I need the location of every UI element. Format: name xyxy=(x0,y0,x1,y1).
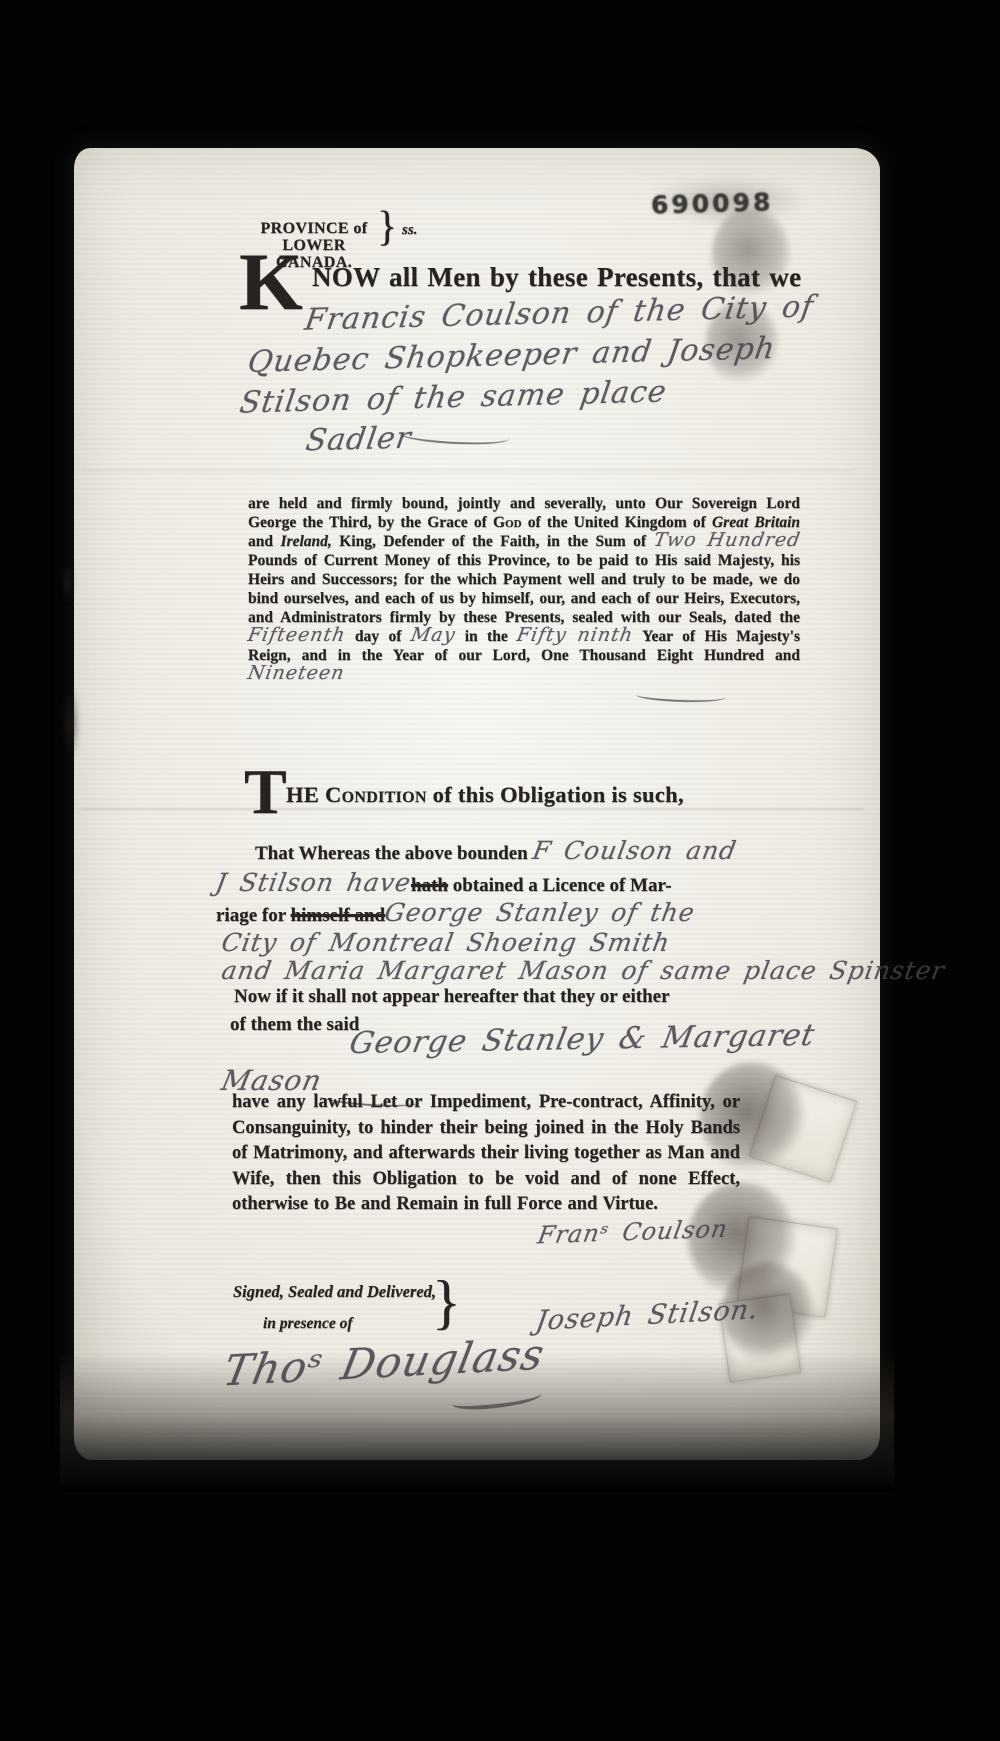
province-line-1: PROVINCE of xyxy=(247,220,381,237)
bond-text: Pounds of Current Money of this Province… xyxy=(248,552,800,626)
condition-head-text: HE xyxy=(286,782,325,807)
condition-head-smallcaps: Condition xyxy=(325,782,427,807)
condition-line-5: and Maria Margaret Mason of same place S… xyxy=(216,956,822,985)
obligation-paragraph: have any lawful Let or Impediment, Pre-c… xyxy=(232,1090,740,1218)
condition-hand-obligors-2: J Stilson have xyxy=(213,868,413,897)
paper-edge-tear xyxy=(62,560,74,604)
ss-brace-icon: } xyxy=(377,206,397,248)
struck-words-himself-and: himself and xyxy=(291,905,386,926)
condition-line-4: City of Montreal Shoeing Smith xyxy=(216,928,822,957)
condition-print: obtained a Licence of Mar- xyxy=(448,875,672,896)
fill-year: Nineteen xyxy=(247,668,345,678)
ss-label: ss. xyxy=(402,222,417,239)
struck-word-hath: hath xyxy=(411,875,448,896)
party-line-4: Sadler xyxy=(303,421,414,459)
condition-dropcap: T xyxy=(244,766,287,817)
condition-line-1: That Whereas the above bounden F Coulson… xyxy=(216,836,855,865)
microfilm-scan: PROVINCE of LOWER CANADA. } ss. 690098 K… xyxy=(0,0,1000,1741)
condition-print: of them the said xyxy=(230,1014,359,1035)
know-dropcap: K xyxy=(239,250,303,314)
paper-crease xyxy=(80,808,864,810)
signed-sealed-label: Signed, Sealed and Delivered, xyxy=(233,1282,436,1302)
bond-ireland: Ireland, xyxy=(281,533,332,550)
fill-reign-year: Fifty ninth xyxy=(516,630,634,640)
condition-print: riage for xyxy=(216,905,291,926)
fill-sum: Two Hundred xyxy=(653,535,801,545)
bond-text: day of xyxy=(346,628,411,645)
condition-print: Now if it shall not appear hereafter tha… xyxy=(234,986,670,1007)
in-presence-label: in presence of xyxy=(263,1315,353,1333)
bond-god: God xyxy=(493,514,522,531)
paper-crease xyxy=(82,470,852,472)
paper-edge-tear xyxy=(62,684,80,762)
bond-text: and xyxy=(248,533,281,550)
condition-hand-groom: George Stanley of the xyxy=(383,898,698,927)
condition-hand-bride: and Maria Margaret Mason of same place S… xyxy=(219,956,947,985)
stamp-number: 690098 xyxy=(651,187,774,219)
condition-hand-obligors-1: F Coulson and xyxy=(530,836,739,865)
bond-text: in the xyxy=(455,628,517,645)
condition-heading: HE Condition of this Obligation is such, xyxy=(286,782,684,808)
condition-line-6: Now if it shall not appear hereafter tha… xyxy=(216,986,834,1008)
scan-bottom-fade xyxy=(60,1352,894,1492)
condition-line-3: riage for himself and George Stanley of … xyxy=(216,898,816,927)
bond-paragraph: are held and firmly bound, jointly and s… xyxy=(248,494,800,684)
condition-line-2: J Stilson have hath obtained a Licence o… xyxy=(216,868,816,897)
closing-brace-icon: } xyxy=(432,1272,461,1332)
condition-hand-groom-place: City of Montreal Shoeing Smith xyxy=(219,928,672,957)
condition-head-text: of this Obligation is such, xyxy=(427,782,684,807)
fill-day: Fifteenth xyxy=(247,630,346,640)
fill-month: May xyxy=(410,630,456,640)
condition-print: That Whereas the above bounden xyxy=(255,843,533,864)
bond-text: King, Defender of the Faith, in the Sum … xyxy=(332,533,654,550)
know-heading: NOW all Men by these Presents, that we xyxy=(312,262,801,293)
